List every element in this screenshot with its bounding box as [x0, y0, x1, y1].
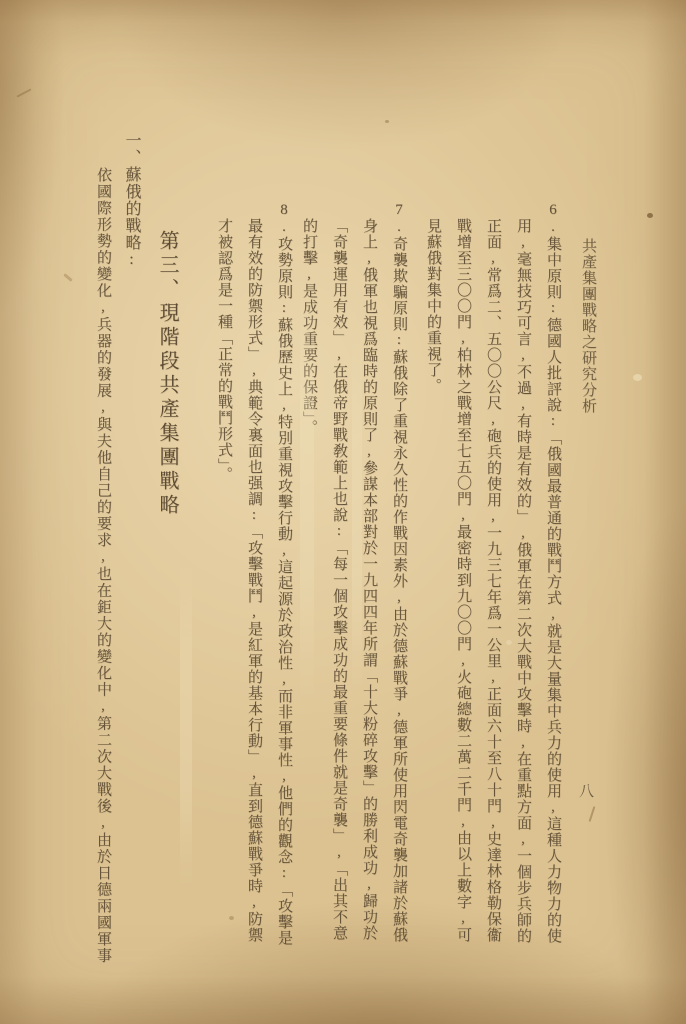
list-item-8: 8.攻勢原則:蘇俄歷史上,特別重視攻擊行動,這起源於政治性,而非軍事性,他們的觀… [201, 218, 299, 954]
page-number: 八 [579, 780, 594, 801]
paper-scratch [589, 806, 596, 822]
paper-speck [229, 916, 234, 920]
paper-light-spot [633, 374, 642, 381]
body-paragraph: 依國際形勢的變化,兵器的發展,與夫他自己的要求,也在鉅大的變化中,第二次大戰後,… [84, 167, 118, 967]
section-heading: 第三、現階段共產集團戰略 [150, 230, 184, 530]
book-page: 共產集團戰略之研究分析 6.集中原則:德國人批評說:「俄國最普通的戰鬥方式,就是… [0, 0, 686, 1024]
running-title: 共產集團戰略之研究分析 [574, 238, 602, 438]
paper-light-spot [506, 640, 512, 645]
paper-speck [647, 213, 653, 218]
ink-bleedthrough [300, 280, 314, 700]
paper-scratch [63, 273, 73, 282]
ink-bleedthrough [180, 560, 192, 890]
subsection-heading: 一、蘇俄的戰略: [116, 132, 146, 282]
list-item-6: 6.集中原則:德國人批評說:「俄國最普通的戰鬥方式,就是大量集中兵力的使用,這種… [410, 218, 568, 954]
paper-speck [385, 120, 389, 123]
paper-scratch [16, 88, 31, 97]
ink-bleedthrough [352, 330, 362, 690]
